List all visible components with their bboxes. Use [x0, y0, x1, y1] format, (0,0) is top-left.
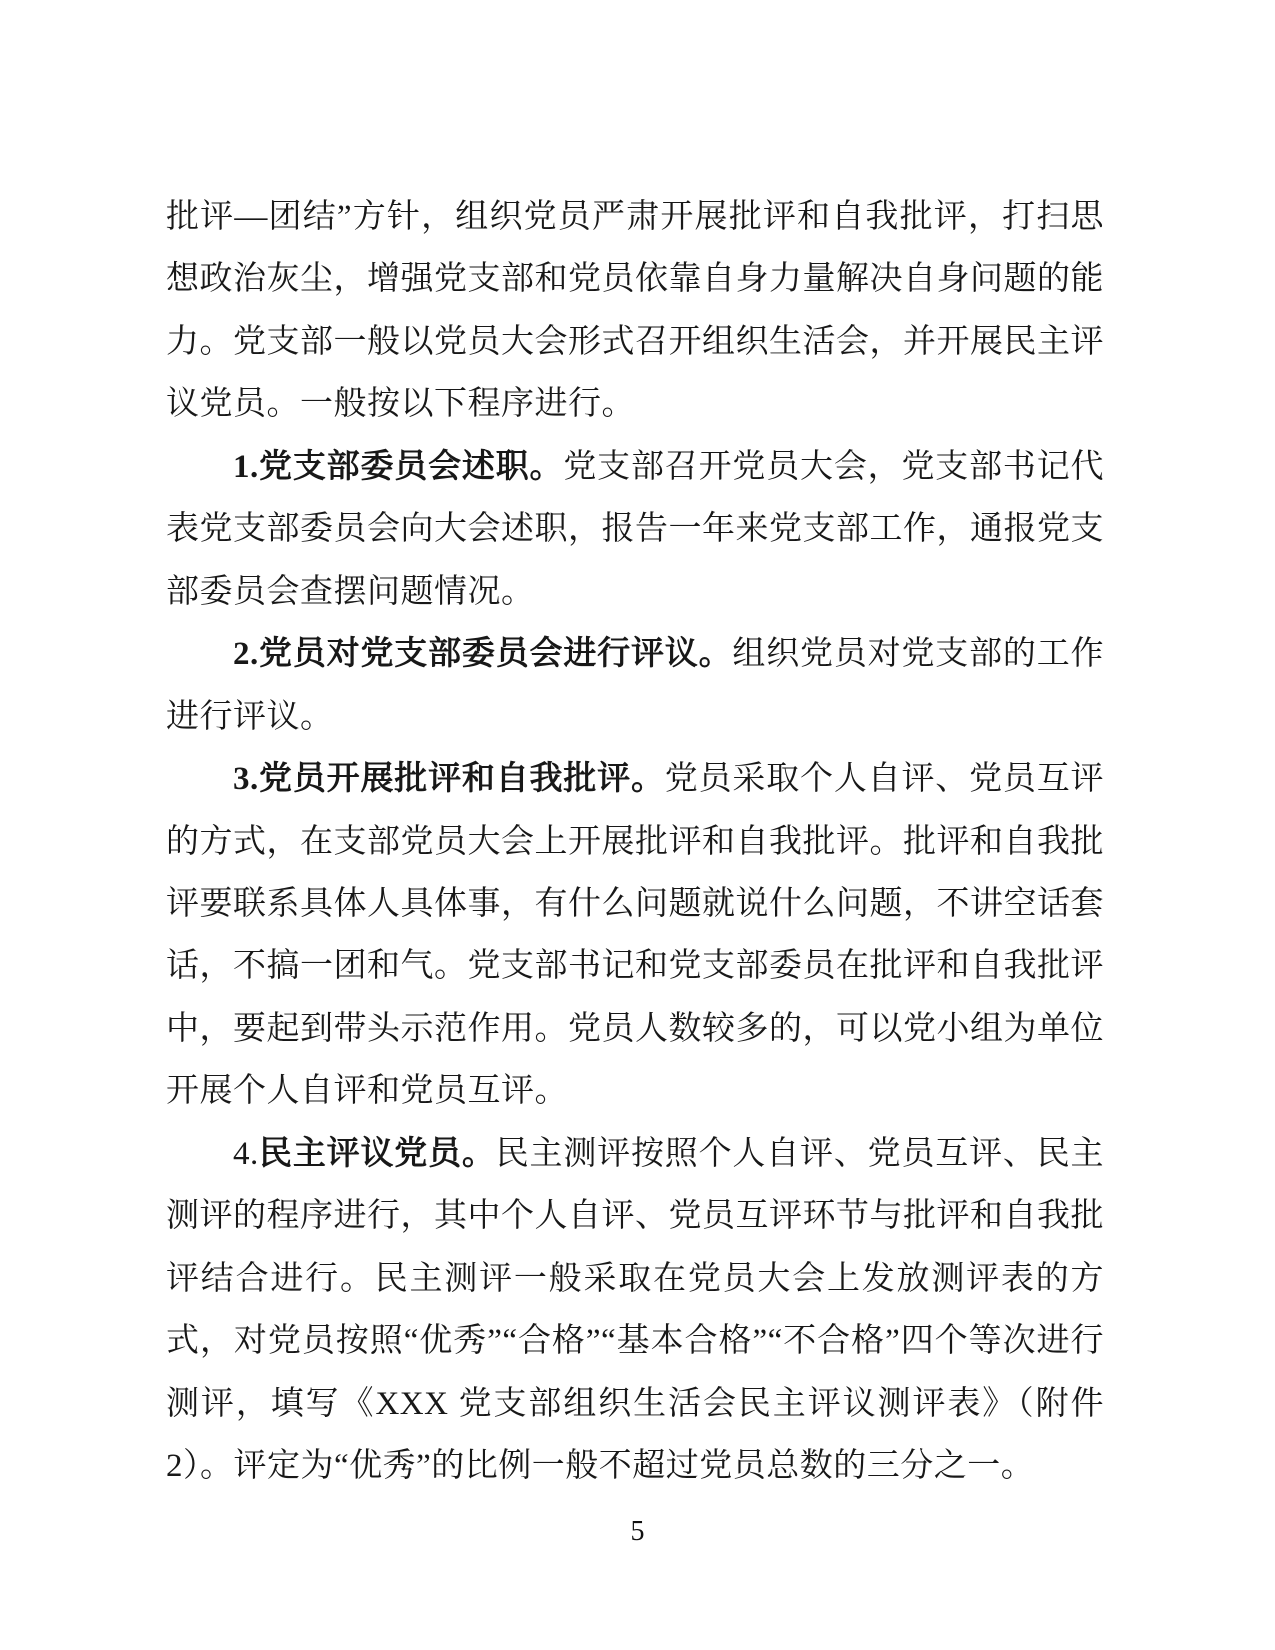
page-number: 5: [0, 1512, 1275, 1552]
paragraph-heading-run: 1.党支部委员会述职。: [233, 449, 563, 485]
paragraph-heading-run: 民主评议党员。: [259, 1136, 496, 1172]
paragraph: 4.民主评议党员。民主测评按照个人自评、党员互评、民主测评的程序进行，其中个人自…: [166, 1123, 1104, 1498]
paragraph-heading-run: 3.党员开展批评和自我批评。: [233, 761, 665, 797]
text-run: 党员采取个人自评、党员互评的方式，在支部党员大会上开展批评和自我批评。批评和自我…: [166, 761, 1104, 1109]
text-run: 民主测评按照个人自评、党员互评、民主测评的程序进行，其中个人自评、党员互评环节与…: [166, 1136, 1104, 1484]
paragraph-heading-run: 2.党员对党支部委员会进行评议。: [233, 636, 732, 672]
document-body: 批评—团结”方针，组织党员严肃开展批评和自我批评，打扫思想政治灰尘，增强党支部和…: [166, 186, 1104, 1498]
paragraph: 2.党员对党支部委员会进行评议。组织党员对党支部的工作进行评议。: [166, 623, 1104, 748]
paragraph: 1.党支部委员会述职。党支部召开党员大会，党支部书记代表党支部委员会向大会述职，…: [166, 436, 1104, 623]
paragraph: 批评—团结”方针，组织党员严肃开展批评和自我批评，打扫思想政治灰尘，增强党支部和…: [166, 186, 1104, 436]
paragraph: 3.党员开展批评和自我批评。党员采取个人自评、党员互评的方式，在支部党员大会上开…: [166, 748, 1104, 1123]
document-page: 批评—团结”方针，组织党员严肃开展批评和自我批评，打扫思想政治灰尘，增强党支部和…: [0, 0, 1275, 1650]
text-run: 批评—团结”方针，组织党员严肃开展批评和自我批评，打扫思想政治灰尘，增强党支部和…: [166, 199, 1104, 422]
text-run: 4.: [233, 1136, 259, 1172]
